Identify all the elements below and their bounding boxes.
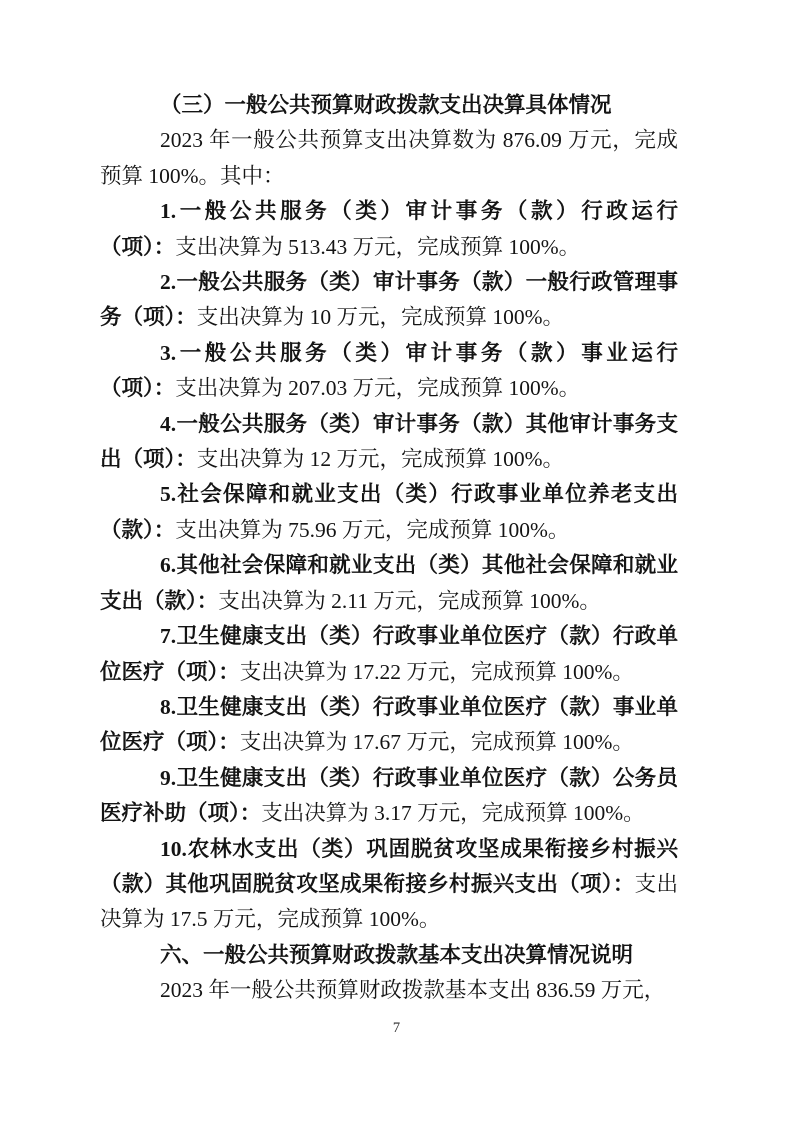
expense-item-9-detail: 支出决算为 3.17 万元，完成预算 100%。 — [261, 801, 644, 825]
section-heading-3: （三）一般公共预算财政拨款支出决算具体情况 — [100, 88, 678, 123]
expense-item-10: 10.农林水支出（类）巩固脱贫攻坚成果衔接乡村振兴（款）其他巩固脱贫攻坚成果衔接… — [100, 832, 678, 938]
expense-item-2-detail: 支出决算为 10 万元，完成预算 100%。 — [197, 305, 564, 329]
document-page: （三）一般公共预算财政拨款支出决算具体情况 2023 年一般公共预算支出决算数为… — [0, 0, 793, 1122]
expense-item-9: 9.卫生健康支出（类）行政事业单位医疗（款）公务员医疗补助（项）：支出决算为 3… — [100, 761, 678, 832]
expense-item-7: 7.卫生健康支出（类）行政事业单位医疗（款）行政单位医疗（项）：支出决算为 17… — [100, 619, 678, 690]
intro-paragraph: 2023 年一般公共预算支出决算数为 876.09 万元，完成预算 100%。其… — [100, 123, 678, 194]
closing-paragraph: 2023 年一般公共预算财政拨款基本支出 836.59 万元， — [100, 973, 678, 1008]
expense-item-1: 1.一般公共服务（类）审计事务（款）行政运行（项）：支出决算为 513.43 万… — [100, 194, 678, 265]
expense-item-8: 8.卫生健康支出（类）行政事业单位医疗（款）事业单位医疗（项）：支出决算为 17… — [100, 690, 678, 761]
expense-item-4-detail: 支出决算为 12 万元，完成预算 100%。 — [197, 447, 564, 471]
expense-item-6-detail: 支出决算为 2.11 万元，完成预算 100%。 — [218, 589, 601, 613]
expense-item-3: 3.一般公共服务（类）审计事务（款）事业运行（项）：支出决算为 207.03 万… — [100, 336, 678, 407]
page-number: 7 — [0, 1020, 793, 1037]
expense-item-7-detail: 支出决算为 17.22 万元，完成预算 100%。 — [240, 660, 634, 684]
document-body: （三）一般公共预算财政拨款支出决算具体情况 2023 年一般公共预算支出决算数为… — [100, 88, 678, 1009]
expense-item-4: 4.一般公共服务（类）审计事务（款）其他审计事务支出（项）：支出决算为 12 万… — [100, 407, 678, 478]
expense-item-3-detail: 支出决算为 207.03 万元，完成预算 100%。 — [175, 376, 580, 400]
expense-item-1-detail: 支出决算为 513.43 万元，完成预算 100%。 — [175, 235, 580, 259]
expense-item-5: 5.社会保障和就业支出（类）行政事业单位养老支出（款）：支出决算为 75.96 … — [100, 477, 678, 548]
section-heading-6: 六、一般公共预算财政拨款基本支出决算情况说明 — [100, 938, 678, 973]
expense-item-10-lead: 10.农林水支出（类）巩固脱贫攻坚成果衔接乡村振兴（款）其他巩固脱贫攻坚成果衔接… — [100, 837, 678, 896]
expense-item-6: 6.其他社会保障和就业支出（类）其他社会保障和就业支出（款）：支出决算为 2.1… — [100, 548, 678, 619]
expense-item-5-detail: 支出决算为 75.96 万元，完成预算 100%。 — [175, 518, 569, 542]
expense-item-2: 2.一般公共服务（类）审计事务（款）一般行政管理事务（项）：支出决算为 10 万… — [100, 265, 678, 336]
expense-item-8-detail: 支出决算为 17.67 万元，完成预算 100%。 — [240, 730, 634, 754]
